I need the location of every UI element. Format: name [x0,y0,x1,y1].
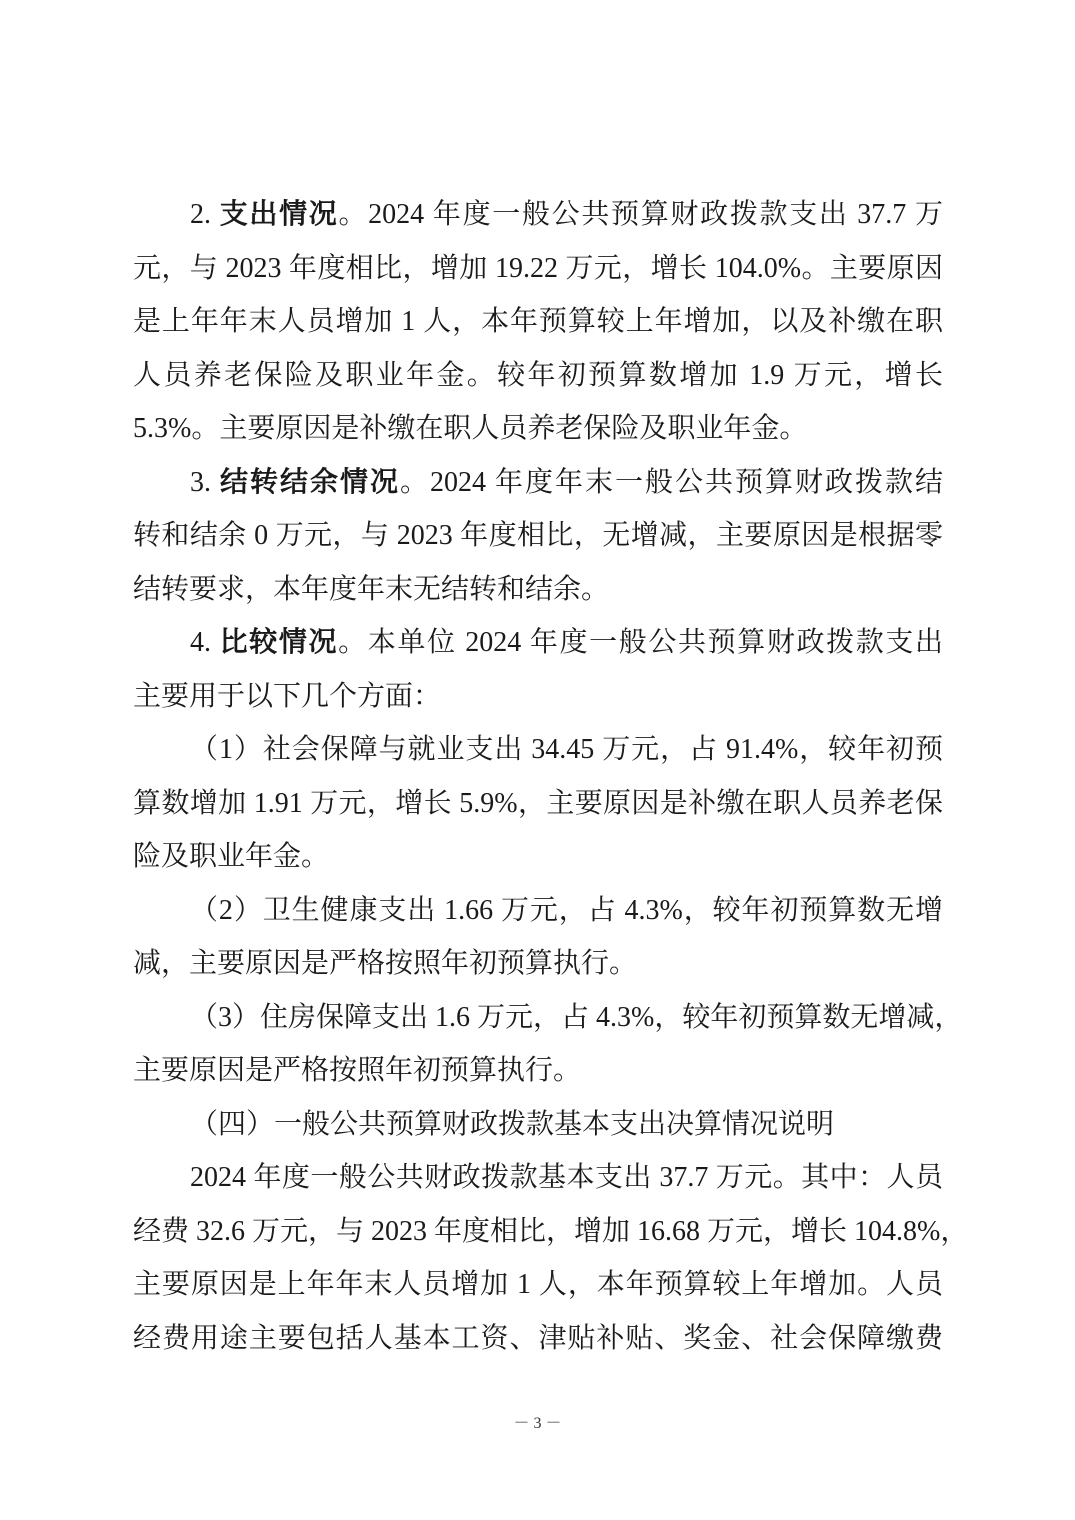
paragraph-line: 主要用于以下几个方面： [133,679,943,715]
paragraph-line: 经费用途主要包括人基本工资、津贴补贴、奖金、社会保障缴费 [133,1321,943,1357]
item-housing-line-1: （3）住房保障支出 1.6 万元，占 4.3%，较年初预算数无增减， [190,1000,943,1036]
paragraph-line: 结转要求，本年度年末无结转和结余。 [133,572,943,608]
page-number: － 3 － [0,1410,1075,1433]
section-title-carryover: 结转结余情况 [220,467,400,498]
section-text: 。2024 年度一般公共预算财政拨款支出 37.7 万 [338,199,943,230]
paragraph-line: 险及职业年金。 [133,839,943,875]
section-text: 。2024 年度年末一般公共预算财政拨款结 [400,467,943,498]
paragraph-line: 5.3%。主要原因是补缴在职人员养老保险及职业年金。 [133,411,943,447]
paragraph-line: 元，与 2023 年度相比，增加 19.22 万元，增长 104.0%。主要原因 [133,251,943,287]
section-title-expenditure: 支出情况 [220,199,339,230]
section-number: 2. [190,199,211,230]
document-page: 2. 支出情况。2024 年度一般公共预算财政拨款支出 37.7 万 元，与 2… [0,0,1075,1520]
section-comparison-line-1: 4. 比较情况。本单位 2024 年度一般公共预算财政拨款支出 [190,625,943,661]
item-health-line-1: （2）卫生健康支出 1.66 万元，占 4.3%，较年初预算数无增 [190,893,943,929]
paragraph-line: 减，主要原因是严格按照年初预算执行。 [133,946,943,982]
basic-expenditure-line-1: 2024 年度一般公共财政拨款基本支出 37.7 万元。其中：人员 [190,1160,943,1196]
section-number: 3. [190,467,211,498]
section-number: 4. [190,627,211,658]
paragraph-line: 人员养老保险及职业年金。较年初预算数增加 1.9 万元，增长 [133,358,943,394]
section-title-comparison: 比较情况 [220,627,339,658]
section-carryover-line-1: 3. 结转结余情况。2024 年度年末一般公共预算财政拨款结 [190,465,943,501]
paragraph-line: 是上年年末人员增加 1 人，本年预算较上年增加，以及补缴在职 [133,304,943,340]
paragraph-line: 算数增加 1.91 万元，增长 5.9%，主要原因是补缴在职人员养老保 [133,786,943,822]
subheading-basic-expenditure: （四）一般公共预算财政拨款基本支出决算情况说明 [190,1107,834,1143]
item-social-security-line-1: （1）社会保障与就业支出 34.45 万元，占 91.4%，较年初预 [190,732,943,768]
paragraph-line: 主要原因是严格按照年初预算执行。 [133,1053,943,1089]
paragraph-line: 主要原因是上年年末人员增加 1 人，本年预算较上年增加。人员 [133,1267,943,1303]
section-text: 。本单位 2024 年度一般公共预算财政拨款支出 [338,627,943,658]
paragraph-line: 经费 32.6 万元，与 2023 年度相比，增加 16.68 万元，增长 10… [133,1214,943,1250]
paragraph-line: 转和结余 0 万元，与 2023 年度相比，无增减，主要原因是根据零 [133,518,943,554]
section-expenditure-line-1: 2. 支出情况。2024 年度一般公共预算财政拨款支出 37.7 万 [190,197,943,233]
